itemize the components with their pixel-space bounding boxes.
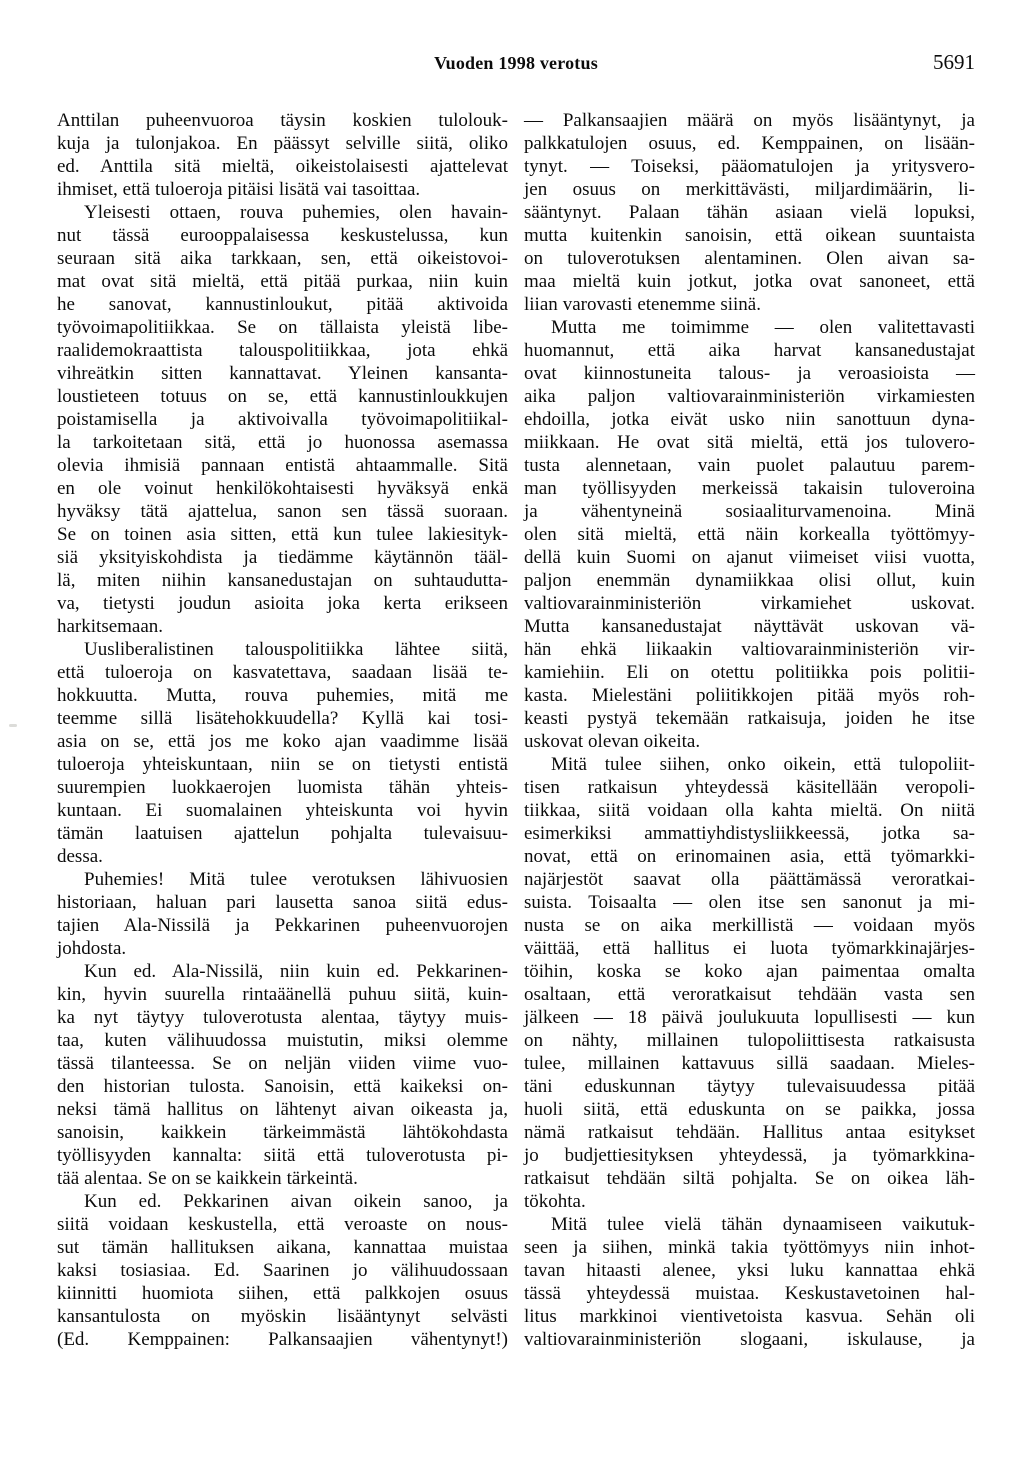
text-line: sääntynyt. Palaan tähän asiaan vielä lop… [524,201,975,224]
text-line: suista. Toisaalta — olen itse sen sanonu… [524,891,975,914]
text-line: taa, kuten välihuudossa muistutin, miksi… [57,1029,508,1052]
text-line: nusta se on aika merkillistä — voidaan m… [524,914,975,937]
text-line: novat, että on erinomainen asia, että ty… [524,845,975,868]
text-line: tusta alennetaan, vain puolet palautuu p… [524,454,975,477]
text-line: litus markkinoi vientivetoista kasvua. S… [524,1305,975,1328]
text-line: Se on toinen asia sitten, että kun tulee… [57,523,508,546]
text-line: asia on se, että jos me koko ajan vaadim… [57,730,508,753]
text-line: nut tässä eurooppalaisessa keskustelussa… [57,224,508,247]
text-line: olevia ihmisiä pannaan entistä ahtaammal… [57,454,508,477]
text-line: siitä voidaan keskustella, että veroaste… [57,1213,508,1236]
paragraph: Kun ed. Ala-Nissilä, niin kuin ed. Pekka… [57,960,508,1190]
text-line: työllisyyden kannalta: siitä että tulove… [57,1144,508,1167]
text-line: ovat kiinnostuneita talous- ja veroasioi… [524,362,975,385]
text-line: osaltaan, että veroratkaisut tehdään vas… [524,983,975,1006]
scan-artifact [9,724,17,727]
text-line: najärjestöt saavat olla päättämässä vero… [524,868,975,891]
text-line: poistamisella ja aktivoivalla työvoimapo… [57,408,508,431]
text-line: neksi tämä hallitus on lähtenyt aivan oi… [57,1098,508,1121]
text-line: hyväksy tätä ajattelua, sanon sen tässä … [57,500,508,523]
text-line: keasti pystyä tekemään ratkaisuja, joide… [524,707,975,730]
text-line: tässä tilanteessa. Se on neljän viiden v… [57,1052,508,1075]
text-line: — Palkansaajien määrä on myös lisääntyny… [524,109,975,132]
text-line: tässä yhteydessä muistaa. Keskustavetoin… [524,1282,975,1305]
text-line: kaksi tosiasiaa. Ed. Saarinen jo välihuu… [57,1259,508,1282]
text-line: Puhemies! Mitä tulee verotuksen lähivuos… [57,868,508,891]
paragraph: Mutta me toimimme — olen valitettavastih… [524,316,975,753]
text-line: ja vähentyneinä sosiaaliturvamenoina. Mi… [524,500,975,523]
text-line: hokkuutta. Mutta, rouva puhemies, mitä m… [57,684,508,707]
text-line: esimerkiksi ammattiyhdistysliikkeessä, j… [524,822,975,845]
text-line: man työllisyyden merkeissä takaisin tulo… [524,477,975,500]
text-line: kiinnitti huomiota siihen, että palkkoje… [57,1282,508,1305]
text-line: kamiehiin. Eli on otettu politiikka pois… [524,661,975,684]
text-line: työvoimapolitiikkaa. Se on tällaista yle… [57,316,508,339]
text-line: paljon enemmän dynamiikkaa olisi ollut, … [524,569,975,592]
text-line: tynyt. — Toiseksi, pääomatulojen ja yrit… [524,155,975,178]
text-body: Anttilan puheenvuoroa täysin koskien tul… [57,109,975,1351]
text-line: Uusliberalistinen talouspolitiikka lähte… [57,638,508,661]
text-line: historiaan, haluan pari lausetta sanoa s… [57,891,508,914]
text-line: väittää, että hallitus ei luota työmarkk… [524,937,975,960]
page-number: 5691 [933,50,975,75]
text-line: la tarkoitetaan sitä, että jo huonossa a… [57,431,508,454]
text-line: maa mieltä kuin jotkut, jotka ovat sanon… [524,270,975,293]
text-line: tökohta. [524,1190,975,1213]
text-line: kasta. Mielestäni poliitikkojen pitää my… [524,684,975,707]
text-line: ratkaisut tehdään siltä pohjalta. Se on … [524,1167,975,1190]
paragraph: Puhemies! Mitä tulee verotuksen lähivuos… [57,868,508,960]
paragraph: — Palkansaajien määrä on myös lisääntyny… [524,109,975,316]
text-line: kin, hyvin suurella rintaäänellä puhuu s… [57,983,508,1006]
text-line: Mitä tulee vielä tähän dynaamiseen vaiku… [524,1213,975,1236]
text-line: Yleisesti ottaen, rouva puhemies, olen h… [57,201,508,224]
text-line: ihmiset, että tuloeroja pitäisi lisätä v… [57,178,508,201]
paragraph: Uusliberalistinen talouspolitiikka lähte… [57,638,508,868]
text-line: tämän laatuisen ajattelun pohjalta tulev… [57,822,508,845]
text-line: ehdoilla, jotka eivät usko niin sanottuu… [524,408,975,431]
text-line: dellä kuin Suomi on ajanut viimeiset vii… [524,546,975,569]
text-line: tuloeroja yhteiskuntaan, niin se on tiet… [57,753,508,776]
text-line: hän ehkä liikaakin valtiovarainministeri… [524,638,975,661]
paragraph: Mitä tulee siihen, onko oikein, että tul… [524,753,975,1213]
text-line: valtiovarainministeriön slogaani, iskula… [524,1328,975,1351]
text-line: den historian tulosta. Sanoisin, että ka… [57,1075,508,1098]
text-line: Kun ed. Pekkarinen aivan oikein sanoo, j… [57,1190,508,1213]
text-line: tiikkaa, siitä voidaan olla kahta mieltä… [524,799,975,822]
text-line: on nähty, millainen tulopoliittisesta ra… [524,1029,975,1052]
text-line: sut tämän hallituksen aikana, kannattaa … [57,1236,508,1259]
paragraph: Anttilan puheenvuoroa täysin koskien tul… [57,109,508,201]
text-line: Mutta kansanedustajat näyttävät uskovan … [524,615,975,638]
page-title: Vuoden 1998 verotus [57,53,975,74]
text-line: lä, miten niihin kansanedustajan on suht… [57,569,508,592]
paragraph: Yleisesti ottaen, rouva puhemies, olen h… [57,201,508,638]
text-line: ka nyt täytyy tuloverotusta alentaa, täy… [57,1006,508,1029]
text-line: miikkaan. He ovat sitä mieltä, että jos … [524,431,975,454]
text-line: siä yksityiskohdista ja tiedämme käytänn… [57,546,508,569]
text-line: vihreätkin sitten kannattavat. Yleinen k… [57,362,508,385]
column-left: Anttilan puheenvuoroa täysin koskien tul… [57,109,508,1351]
text-line: jen osuus on merkittävästi, miljardimäär… [524,178,975,201]
text-line: Anttilan puheenvuoroa täysin koskien tul… [57,109,508,132]
text-line: tulee, millainen kattavuus sillä saadaan… [524,1052,975,1075]
text-line: jälkeen — 18 päivä joulukuuta lopullises… [524,1006,975,1029]
text-line: jo budjettiesityksen yhteydessä, ja työm… [524,1144,975,1167]
text-line: johdosta. [57,937,508,960]
text-line: uskovat olevan oikeita. [524,730,975,753]
text-line: huoli siitä, että eduskunta on se paikka… [524,1098,975,1121]
text-line: töihin, koska se koko ajan paimentaa oma… [524,960,975,983]
text-line: valtiovarainministeriön virkamiehet usko… [524,592,975,615]
text-line: mutta kuitenkin sanoisin, että oikean su… [524,224,975,247]
text-line: tavan hitaasti alenee, yksi luku kannatt… [524,1259,975,1282]
text-line: va, tietysti joudun asioita joka kerta e… [57,592,508,615]
text-line: harkitsemaan. [57,615,508,638]
text-line: dessa. [57,845,508,868]
text-line: tajien Ala-Nissilä ja Pekkarinen puheenv… [57,914,508,937]
text-line: aika paljon valtiovarainministeriön virk… [524,385,975,408]
text-line: tää alentaa. Se on se kaikkein tärkeintä… [57,1167,508,1190]
text-line: en ole voinut henkilökohtaisesti hyväksy… [57,477,508,500]
text-line: liian varovasti etenemme siinä. [524,293,975,316]
text-line: kansantulosta on myöskin lisääntynyt sel… [57,1305,508,1328]
text-line: kuntaan. Ei suomalainen yhteiskunta voi … [57,799,508,822]
text-line: loustieteen totuus on se, että kannustin… [57,385,508,408]
text-line: että tuloeroja on kasvatettava, saadaan … [57,661,508,684]
text-line: he sanovat, kannustinloukut, pitää aktiv… [57,293,508,316]
text-line: raalidemokraattista talouspolitiikkaa, j… [57,339,508,362]
text-line: olen sitä mieltä, että näin korkealla ty… [524,523,975,546]
document-page: Vuoden 1998 verotus 5691 Anttilan puheen… [0,0,1024,1469]
paragraph: Mitä tulee vielä tähän dynaamiseen vaiku… [524,1213,975,1351]
column-right: — Palkansaajien määrä on myös lisääntyny… [524,109,975,1351]
text-line: suurempien luokkaerojen luomista tähän y… [57,776,508,799]
text-line: Mitä tulee siihen, onko oikein, että tul… [524,753,975,776]
text-line: mat ovat sitä mieltä, että pitää purkaa,… [57,270,508,293]
text-line: Kun ed. Ala-Nissilä, niin kuin ed. Pekka… [57,960,508,983]
text-line: ed. Anttila sitä mieltä, oikeistolaisest… [57,155,508,178]
text-line: täni eduskunnan täytyy tulevaisuudessa p… [524,1075,975,1098]
text-line: seen ja siihen, minkä takia työttömyys n… [524,1236,975,1259]
page-header: Vuoden 1998 verotus 5691 [57,50,975,78]
text-line: (Ed. Kemppainen: Palkansaajien vähentyny… [57,1328,508,1351]
text-line: palkkatulojen osuus, ed. Kemppainen, on … [524,132,975,155]
text-line: on tuloverotuksen alentaminen. Olen aiva… [524,247,975,270]
text-line: tisen ratkaisun yhteydessä käsitellään v… [524,776,975,799]
text-line: Mutta me toimimme — olen valitettavasti [524,316,975,339]
text-line: sanoisin, kaikkein tärkeimmästä lähtökoh… [57,1121,508,1144]
text-line: huomannut, että aika harvat kansanedusta… [524,339,975,362]
text-line: nämä ratkaisut tehdään. Hallitus antaa e… [524,1121,975,1144]
text-line: kuja ja tulonjakoa. En päässyt selville … [57,132,508,155]
text-line: teemme sillä lisätehokkuudella? Kyllä ka… [57,707,508,730]
paragraph: Kun ed. Pekkarinen aivan oikein sanoo, j… [57,1190,508,1351]
text-line: seuraan sitä aika tarkkaan, sen, että oi… [57,247,508,270]
